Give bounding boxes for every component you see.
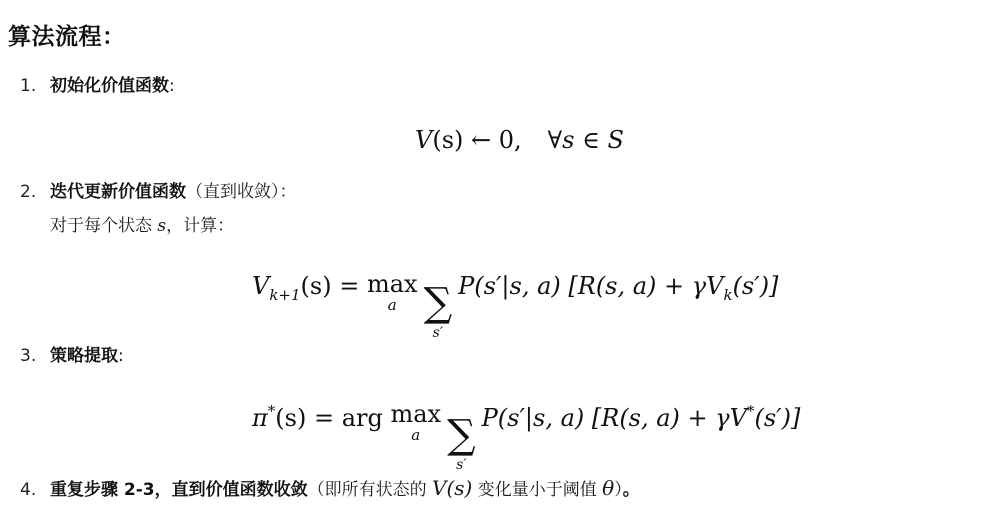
equation-bellman-update: Vk+1(s) = maxa∑s′P(s′|s, a) [R(s, a) + γ… [252, 272, 778, 341]
step-2-description: 对于每个状态 s，计算： [50, 214, 234, 238]
step-suffix: （直到收敛）： [186, 182, 297, 202]
step-number: 2. [20, 180, 50, 204]
equation-init: V(s) ← 0,∀s ∈ S [415, 126, 624, 154]
step-2: 2.迭代更新价值函数（直到收敛）： [20, 180, 297, 204]
step-1: 1.初始化价值函数: [20, 74, 175, 98]
step-title: 迭代更新价值函数 [50, 182, 186, 202]
step-number: 4. [20, 478, 50, 502]
section-heading: 算法流程： [8, 18, 126, 51]
step-number: 1. [20, 74, 50, 98]
step-number: 3. [20, 344, 50, 368]
step-3: 3.策略提取: [20, 344, 124, 368]
step-title: 重复步骤 2-3，直到价值函数收敛 [50, 480, 308, 500]
equation-policy-extraction: π*(s) = arg maxa∑s′P(s′|s, a) [R(s, a) +… [252, 402, 800, 473]
step-title: 策略提取 [50, 346, 118, 366]
sum-symbol: ∑ [447, 415, 476, 455]
step-4: 4.重复步骤 2-3，直到价值函数收敛（即所有状态的 V(s) 变化量小于阈值 … [20, 476, 640, 502]
step-suffix: : [169, 76, 175, 96]
sum-symbol: ∑ [424, 283, 453, 323]
step-suffix: : [118, 346, 124, 366]
step-title: 初始化价值函数 [50, 76, 169, 96]
